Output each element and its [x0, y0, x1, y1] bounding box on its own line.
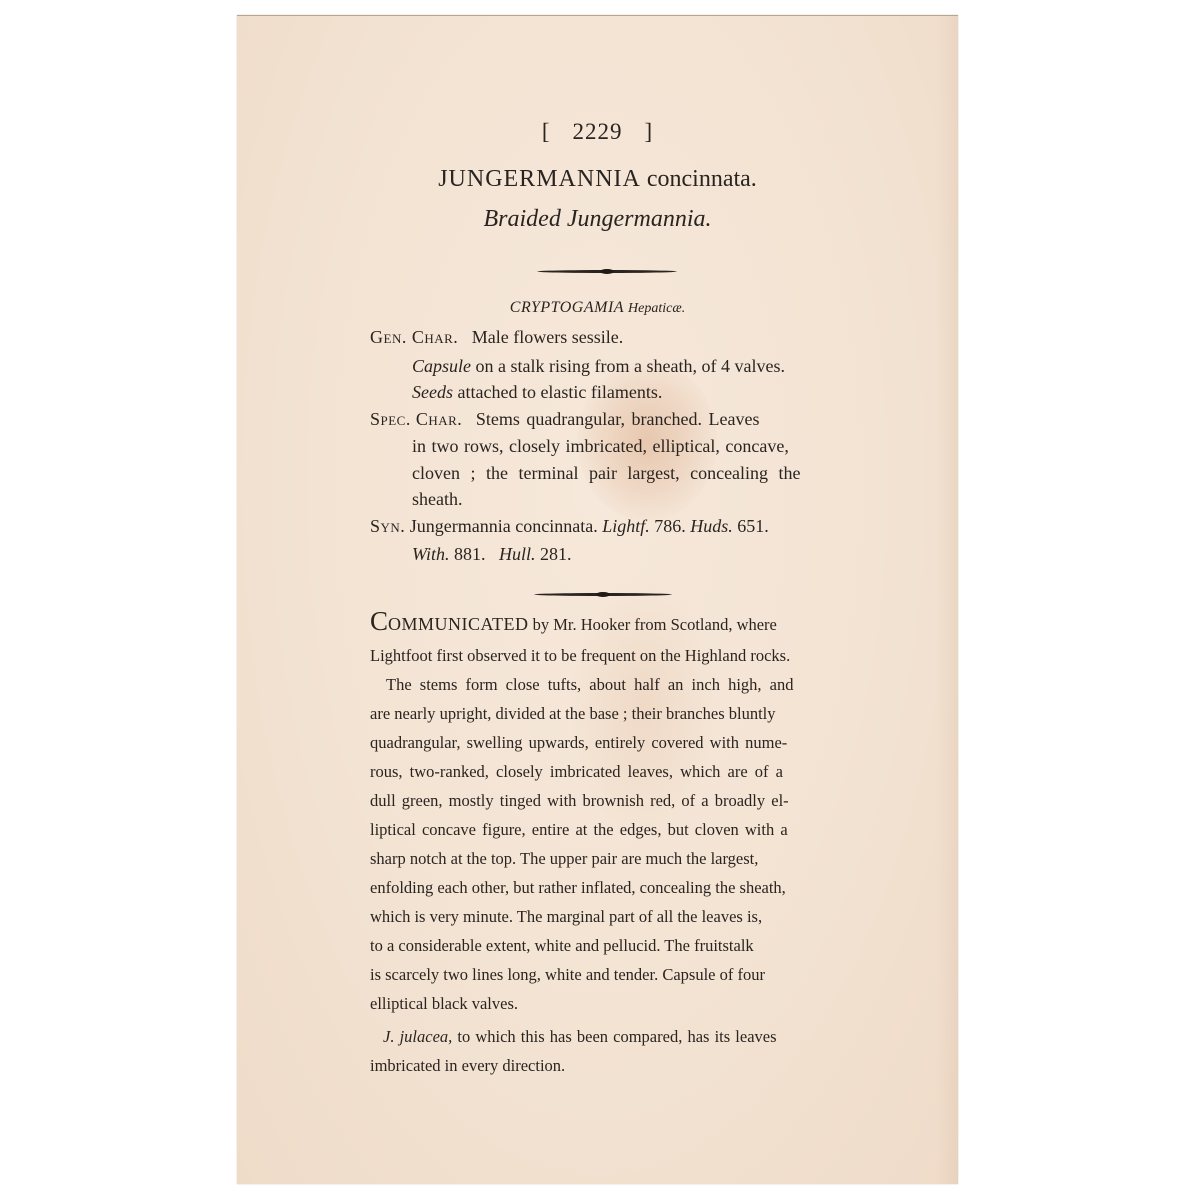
- ornamental-rule: [534, 593, 672, 596]
- description-line: dull green, mostly tinged with brownish …: [370, 791, 789, 811]
- species-reference: J. julacea,: [383, 1027, 452, 1046]
- document-page: [2229] JUNGERMANNIA concinnata. Braided …: [237, 15, 958, 1184]
- ref-page: 281.: [536, 544, 572, 564]
- syn-label: Syn.: [370, 516, 405, 536]
- description-line: elliptical black valves.: [370, 994, 518, 1014]
- description-line: are nearly upright, divided at the base …: [370, 704, 776, 724]
- ref-page: 881.: [450, 544, 486, 564]
- description-line: is scarcely two lines long, white and te…: [370, 965, 765, 985]
- description-line: rous, two-ranked, closely imbricated lea…: [370, 762, 783, 782]
- syn-name: Jungermannia concinnata.: [410, 516, 598, 536]
- description-line: J. julacea, to which this has been compa…: [383, 1027, 777, 1047]
- ref-author: Lightf.: [602, 516, 650, 536]
- ref-author: Hull.: [499, 544, 536, 564]
- common-name: Braided Jungermannia.: [237, 206, 958, 233]
- lead-word: OMMUNICATED: [388, 614, 529, 634]
- gen-char-text: on a stalk rising from a sheath, of 4 va…: [471, 356, 785, 376]
- spec-char-line: sheath.: [412, 489, 462, 510]
- page-number: [2229]: [237, 119, 958, 145]
- classification-class: CRYPTOGAMIA: [510, 299, 624, 316]
- bracket-open: [: [542, 119, 551, 145]
- term-seeds: Seeds: [412, 382, 453, 402]
- description-line: imbricated in every direction.: [370, 1056, 565, 1076]
- description-line: COMMUNICATED by Mr. Hooker from Scotland…: [370, 606, 777, 637]
- gen-char-line: Gen. Char. Male flowers sessile.: [370, 327, 623, 348]
- spec-char-label: Spec. Char.: [370, 409, 462, 429]
- gen-char-text: attached to elastic filaments.: [453, 382, 662, 402]
- spec-char-line: cloven ; the terminal pair largest, conc…: [412, 463, 801, 484]
- description-line: liptical concave figure, entire at the e…: [370, 820, 788, 840]
- gen-char-line: Capsule on a stalk rising from a sheath,…: [412, 356, 785, 377]
- spec-char-text: Stems quadrangular, branched. Leaves: [476, 409, 760, 429]
- drop-capital: C: [370, 606, 388, 636]
- description-line: The stems form close tufts, about half a…: [386, 675, 794, 695]
- description-line: quadrangular, swelling upwards, entirely…: [370, 733, 787, 753]
- page-number-value: 2229: [573, 119, 623, 144]
- page-title: JUNGERMANNIA concinnata.: [237, 166, 958, 193]
- description-line: which is very minute. The marginal part …: [370, 907, 762, 927]
- ref-author: Huds.: [690, 516, 733, 536]
- synonyms-line: Syn. Jungermannia concinnata. Lightf. 78…: [370, 516, 769, 537]
- description-line: to a considerable extent, white and pell…: [370, 936, 754, 956]
- bracket-close: ]: [645, 119, 654, 145]
- classification-order: Hepaticæ.: [628, 301, 685, 316]
- ref-page: 786.: [650, 516, 686, 536]
- title-species: concinnata.: [647, 166, 757, 192]
- description-line: sharp notch at the top. The upper pair a…: [370, 849, 758, 869]
- description-text: by Mr. Hooker from Scotland, where: [529, 615, 777, 634]
- description-line: Lightfoot first observed it to be freque…: [370, 646, 790, 666]
- ref-author: With.: [412, 544, 450, 564]
- gen-char-line: Seeds attached to elastic filaments.: [412, 382, 662, 403]
- description-text: to which this has been compared, has its…: [452, 1027, 776, 1046]
- classification: CRYPTOGAMIA Hepaticæ.: [237, 299, 958, 317]
- term-capsule: Capsule: [412, 356, 471, 376]
- title-genus: JUNGERMANNIA: [438, 166, 641, 192]
- spec-char-line: Spec. Char. Stems quadrangular, branched…: [370, 409, 760, 430]
- spec-char-line: in two rows, closely imbricated, ellipti…: [412, 436, 789, 457]
- gen-char-text: Male flowers sessile.: [472, 327, 623, 347]
- ref-page: 651.: [733, 516, 769, 536]
- description-line: enfolding each other, but rather inflate…: [370, 878, 786, 898]
- gen-char-label: Gen. Char.: [370, 327, 458, 347]
- synonyms-line: With. 881. Hull. 281.: [412, 544, 572, 565]
- ornamental-rule: [537, 270, 677, 273]
